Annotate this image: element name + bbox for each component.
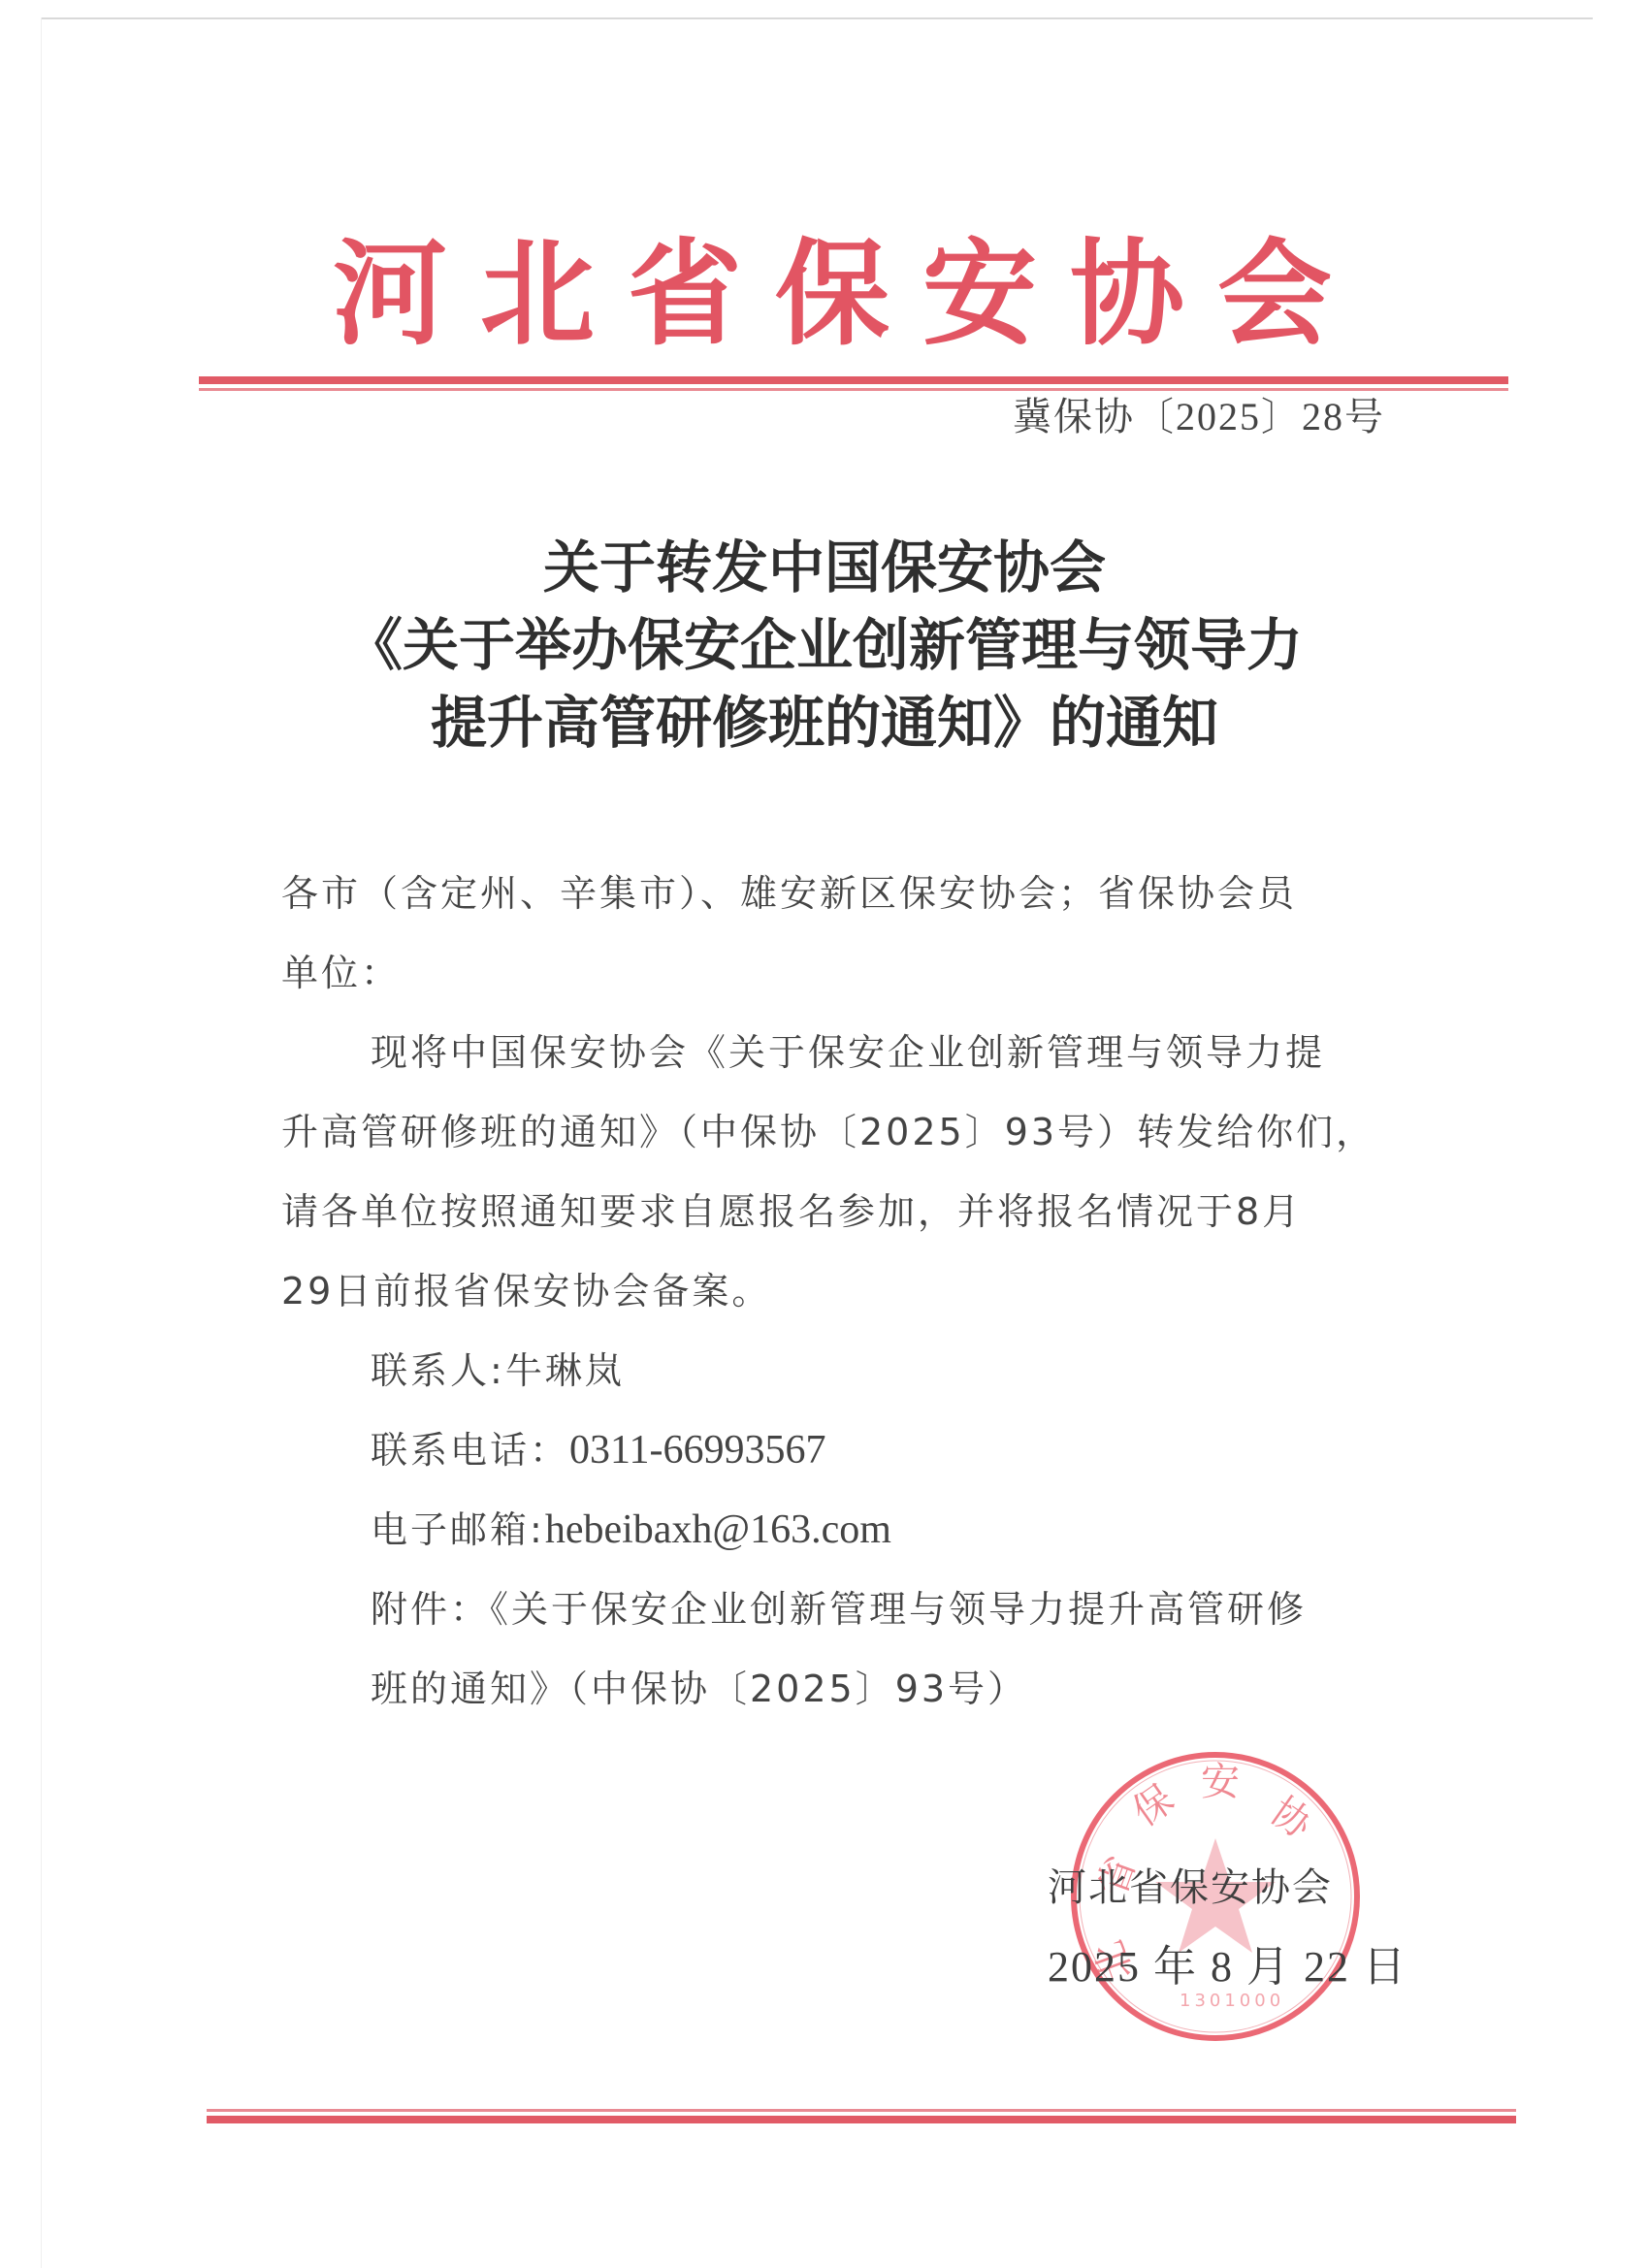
- signature-block: 河北省保安协会 2025 年 8 月 22 日: [1048, 1848, 1407, 2007]
- body-paragraph-line: 现将中国保安协会《关于保安企业创新管理与领导力提: [281, 1013, 1406, 1092]
- title-line: 关于转发中国保安协会: [0, 529, 1649, 606]
- contact-email-label: 电子邮箱:: [371, 1508, 545, 1551]
- contact-phone-label: 联系电话：: [371, 1429, 569, 1472]
- contact-person-value: 牛琳岚: [505, 1349, 625, 1392]
- document-number: 冀保协〔2025〕28号: [1013, 386, 1385, 441]
- body-paragraph-line: 29日前报省保安协会备案。: [281, 1251, 1406, 1331]
- page-edge: [41, 17, 1593, 19]
- addressee: 各市（含定州、辛集市）、雄安新区保安协会；省保协会员: [281, 854, 1406, 933]
- attachment: 附件：《关于保安企业创新管理与领导力提升高管研修: [281, 1570, 1406, 1649]
- svg-text:安: 安: [1201, 1760, 1240, 1804]
- contact-person-label: 联系人:: [371, 1349, 505, 1392]
- header-rule-thick: [199, 376, 1508, 384]
- contact-person: 联系人:牛琳岚: [281, 1331, 1406, 1410]
- footer-rule-thick: [207, 2116, 1516, 2123]
- body-paragraph-line: 升高管研修班的通知》（中保协〔2025〕93号）转发给你们，: [281, 1092, 1406, 1172]
- contact-phone-value: 0311-66993567: [569, 1428, 825, 1473]
- document-title: 关于转发中国保安协会 《关于举办保安企业创新管理与领导力 提升高管研修班的通知》…: [0, 529, 1649, 761]
- title-line: 提升高管研修班的通知》的通知: [0, 684, 1649, 761]
- document-body: 各市（含定州、辛集市）、雄安新区保安协会；省保协会员 单位： 现将中国保安协会《…: [281, 854, 1406, 1729]
- signature-date: 2025 年 8 月 22 日: [1048, 1928, 1407, 2007]
- contact-email-value: hebeibaxh@163.com: [545, 1507, 891, 1552]
- org-header-title: 河北省保安协会: [0, 231, 1649, 357]
- addressee: 单位：: [281, 933, 1406, 1013]
- svg-text:协: 协: [1262, 1789, 1321, 1849]
- svg-text:保: 保: [1125, 1776, 1182, 1835]
- attachment: 班的通知》（中保协〔2025〕93号）: [281, 1649, 1406, 1729]
- body-paragraph-line: 请各单位按照通知要求自愿报名参加，并将报名情况于8月: [281, 1172, 1406, 1251]
- title-line: 《关于举办保安企业创新管理与领导力: [0, 606, 1649, 684]
- contact-phone: 联系电话：0311-66993567: [281, 1410, 1406, 1490]
- signature-org: 河北省保安协会: [1048, 1848, 1407, 1928]
- footer-rule-thin: [207, 2109, 1516, 2112]
- contact-email: 电子邮箱:hebeibaxh@163.com: [281, 1490, 1406, 1570]
